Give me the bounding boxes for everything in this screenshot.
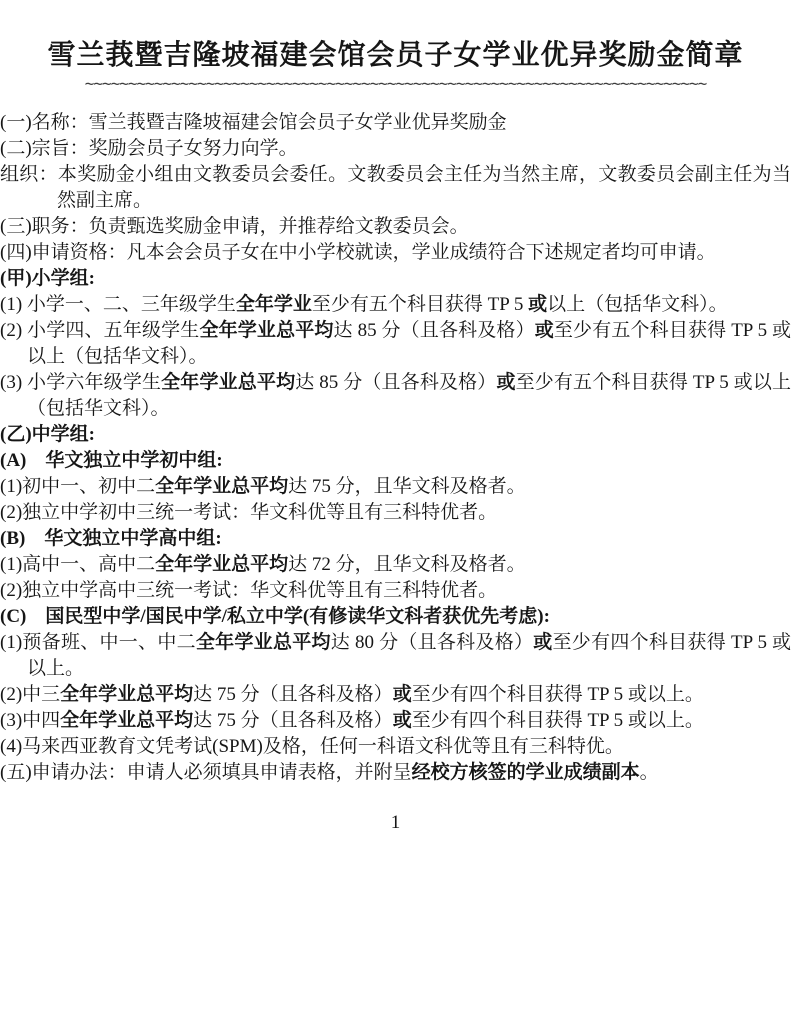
text-run: (1)高中一、高中二 <box>0 554 155 575</box>
clause-3-duty: (三)职务：负责甄选奖励金申请，并推荐给文教委员会。 <box>0 214 791 240</box>
text-run: (1)预备班、中一、中二 <box>0 632 196 653</box>
primary-item-3: (3) 小学六年级学生全年学业总平均达 85 分（且各科及格）或至少有五个科目获… <box>0 370 791 422</box>
section-secondary-header: (乙)中学组: <box>0 422 791 448</box>
text-run: 达 75 分（且各科及格） <box>193 684 393 705</box>
text-run: (3) 小学六年级学生 <box>0 372 161 393</box>
text-run-bold: (甲)小学组: <box>0 268 95 289</box>
text-run: (1) 小学一、二、三年级学生 <box>0 294 236 315</box>
clause-1-name: (一)名称：雪兰莪暨吉隆坡福建会馆会员子女学业优异奖励金 <box>0 110 791 136</box>
text-run: (1)初中一、初中二 <box>0 476 155 497</box>
subgroup-c-header: (C) 国民型中学/国民中学/私立中学(有修读华文科者获优先考虑): <box>0 604 791 630</box>
text-run-bold: 或 <box>393 710 412 731</box>
text-run-bold: 全年学业总平均 <box>60 710 193 731</box>
section-primary-header: (甲)小学组: <box>0 266 791 292</box>
primary-item-2: (2) 小学四、五年级学生全年学业总平均达 85 分（且各科及格）或至少有五个科… <box>0 318 791 370</box>
clause-2-organization: 组织：本奖励金小组由文教委员会委任。文教委员会主任为当然主席，文教委员会副主任为… <box>0 162 791 214</box>
subgroup-a-header: (A) 华文独立中学初中组: <box>0 448 791 474</box>
text-run-bold: 全年学业总平均 <box>155 476 288 497</box>
text-run-bold: 或 <box>533 632 552 653</box>
text-run-bold: 经校方核签的学业成绩副本 <box>412 762 640 783</box>
text-run: (四)申请资格：凡本会会员子女在中小学校就读，学业成绩符合下述规定者均可申请。 <box>0 242 716 263</box>
clause-5-application: (五)申请办法：申请人必须填具申请表格，并附呈经校方核签的学业成绩副本。 <box>0 760 791 786</box>
text-run: 以上（包括华文科）。 <box>547 294 728 315</box>
text-run-bold: 全年学业总平均 <box>155 554 288 575</box>
text-run: 达 85 分（且各科及格） <box>295 372 496 393</box>
text-run: (2)独立中学高中三统一考试：华文科优等且有三科特优者。 <box>0 580 497 601</box>
document-title: 雪兰莪暨吉隆坡福建会馆会员子女学业优异奖励金简章 <box>28 38 763 74</box>
title-underline-decoration: ~~~~~~~~~~~~~~~~~~~~~~~~~~~~~~~~~~~~~~~~… <box>0 77 791 92</box>
subgroup-a-item-2: (2)独立中学初中三统一考试：华文科优等且有三科特优者。 <box>0 500 791 526</box>
subgroup-b-header: (B) 华文独立中学高中组: <box>0 526 791 552</box>
clause-2-purpose: (二)宗旨：奖励会员子女努力向学。 <box>0 136 791 162</box>
text-run: (一)名称：雪兰莪暨吉隆坡福建会馆会员子女学业优异奖励金 <box>0 112 507 133</box>
text-run-bold: 或 <box>528 294 547 315</box>
text-run: 达 85 分（且各科及格） <box>334 320 535 341</box>
text-run-bold: 或 <box>496 372 515 393</box>
text-run-bold: 全年学业 <box>236 294 312 315</box>
primary-item-1: (1) 小学一、二、三年级学生全年学业至少有五个科目获得 TP 5 或以上（包括… <box>0 292 791 318</box>
text-run-bold: 或 <box>535 320 554 341</box>
clause-4-eligibility: (四)申请资格：凡本会会员子女在中小学校就读，学业成绩符合下述规定者均可申请。 <box>0 240 791 266</box>
text-run: (4)马来西亚教育文凭考试(SPM)及格，任何一科语文科优等且有三科特优。 <box>0 736 624 757</box>
subgroup-c-item-4: (4)马来西亚教育文凭考试(SPM)及格，任何一科语文科优等且有三科特优。 <box>0 734 791 760</box>
document-body: (一)名称：雪兰莪暨吉隆坡福建会馆会员子女学业优异奖励金(二)宗旨：奖励会员子女… <box>0 110 791 786</box>
text-run: 至少有四个科目获得 TP 5 或以上。 <box>412 710 704 731</box>
subgroup-b-item-2: (2)独立中学高中三统一考试：华文科优等且有三科特优者。 <box>0 578 791 604</box>
subgroup-c-item-1: (1)预备班、中一、中二全年学业总平均达 80 分（且各科及格）或至少有四个科目… <box>0 630 791 682</box>
text-run: 组织：本奖励金小组由文教委员会委任。文教委员会主任为当然主席，文教委员会副主任为… <box>0 164 791 211</box>
subgroup-b-item-1: (1)高中一、高中二全年学业总平均达 72 分，且华文科及格者。 <box>0 552 791 578</box>
text-run: 至少有五个科目获得 TP 5 <box>312 294 528 315</box>
text-run: 达 75 分（且各科及格） <box>193 710 393 731</box>
text-run: (二)宗旨：奖励会员子女努力向学。 <box>0 138 298 159</box>
page-number: 1 <box>0 812 791 834</box>
subgroup-a-item-1: (1)初中一、初中二全年学业总平均达 75 分，且华文科及格者。 <box>0 474 791 500</box>
text-run-bold: (乙)中学组: <box>0 424 95 445</box>
text-run-bold: 全年学业总平均 <box>196 632 331 653</box>
text-run: (三)职务：负责甄选奖励金申请，并推荐给文教委员会。 <box>0 216 469 237</box>
text-run: 达 80 分（且各科及格） <box>331 632 533 653</box>
text-run-bold: 全年学业总平均 <box>161 372 295 393</box>
text-run: (3)中四 <box>0 710 60 731</box>
text-run-bold: (C) 国民型中学/国民中学/私立中学(有修读华文科者获优先考虑): <box>0 606 550 627</box>
text-run: (五)申请办法：申请人必须填具申请表格，并附呈 <box>0 762 412 783</box>
text-run: 达 72 分，且华文科及格者。 <box>288 554 526 575</box>
text-run: 达 75 分，且华文科及格者。 <box>288 476 526 497</box>
subgroup-c-item-3: (3)中四全年学业总平均达 75 分（且各科及格）或至少有四个科目获得 TP 5… <box>0 708 791 734</box>
document-page: 雪兰莪暨吉隆坡福建会馆会员子女学业优异奖励金简章 ~~~~~~~~~~~~~~~… <box>0 0 791 1024</box>
text-run-bold: 或 <box>393 684 412 705</box>
text-run-bold: (A) 华文独立中学初中组: <box>0 450 223 471</box>
subgroup-c-item-2: (2)中三全年学业总平均达 75 分（且各科及格）或至少有四个科目获得 TP 5… <box>0 682 791 708</box>
text-run: (2)独立中学初中三统一考试：华文科优等且有三科特优者。 <box>0 502 497 523</box>
text-run: (2)中三 <box>0 684 60 705</box>
text-run-bold: 全年学业总平均 <box>60 684 193 705</box>
text-run: 。 <box>640 762 659 783</box>
text-run-bold: (B) 华文独立中学高中组: <box>0 528 222 549</box>
text-run-bold: 全年学业总平均 <box>199 320 333 341</box>
text-run: (2) 小学四、五年级学生 <box>0 320 199 341</box>
text-run: 至少有四个科目获得 TP 5 或以上。 <box>412 684 704 705</box>
